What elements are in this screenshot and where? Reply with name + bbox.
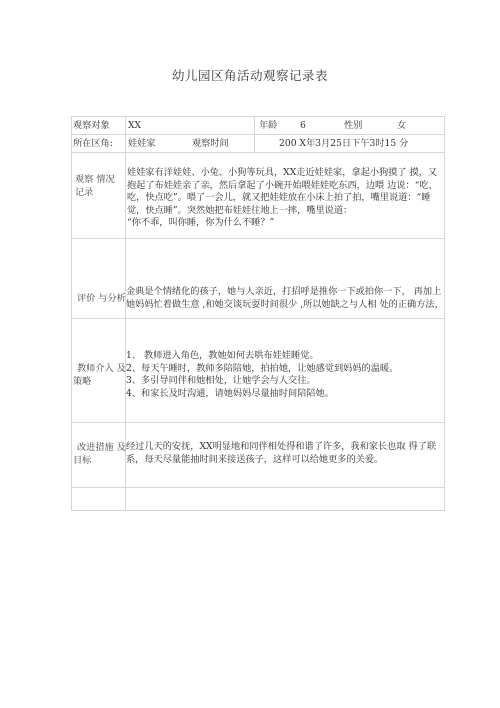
area-value: 娃娃家 (128, 138, 156, 151)
subject-value: XX (128, 120, 141, 133)
improvement-text: 经过几天的安抚，XX明显地和同伴相处得和谐了许多，我和家长也取 得了联 系，每天… (126, 441, 436, 466)
gender-value: 女 (397, 120, 406, 133)
row-divider (72, 238, 444, 239)
label-line: 记录 (75, 186, 115, 199)
column-divider (254, 117, 255, 152)
text-line: 她妈妈忙着做生意 ,和她交谈玩耍时间很少 ,所以她缺之与人相 处的正确方法， (126, 299, 444, 312)
evaluation-label: 评价 与分析 (77, 292, 126, 305)
text-line: 4、和家长及时沟通，请她妈妈尽量抽时间陪陪她。 (126, 388, 398, 401)
text-line: 2、每天午睡时，教师多陪陪她，拍拍她，让她感觉到妈妈的温暖。 (126, 363, 398, 376)
text-line: 吃，快点吃”。喂了一会儿，就又把娃娃放在小床上拍了拍，嘴里说道：“睡 (127, 192, 438, 205)
text-line: 系，每天尽量能抽时间来接送孩子，这样可以给她更多的关爱。 (126, 454, 436, 467)
intervention-label: 教师介入 及 策略 (77, 362, 126, 388)
evaluation-text: 金典是个情绪化的孩子，她与人亲近，打招呼是推你一下或拍你一下， 再加上 她妈妈忙… (126, 286, 444, 311)
row-divider (72, 422, 444, 423)
empty-content-cell (126, 487, 444, 511)
document-title: 幼儿园区角活动观察记录表 (0, 66, 500, 84)
time-value: 200 X年3月25日下午3时15 分 (279, 138, 408, 151)
improvement-label: 改进措施 及 目标 (77, 441, 126, 467)
text-line: 娃娃家有洋娃娃、小兔、小狗等玩具，XX走近娃娃家，拿起小狗摸了 摸，又 (127, 167, 438, 180)
intervention-text: 1、 教师进入角色，教她如何去哄布娃娃睡觉。 2、每天午睡时，教师多陪陪她，拍拍… (126, 350, 398, 400)
time-label: 观察时间 (192, 138, 229, 151)
observation-record-label: 观察 情况 记录 (75, 173, 115, 199)
area-label: 所在区角: (73, 138, 113, 151)
age-value: 6 (300, 120, 306, 133)
text-line: 金典是个情绪化的孩子，她与人亲近，打招呼是推你一下或拍你一下， 再加上 (126, 286, 444, 299)
subject-label: 观察对象 (73, 120, 110, 133)
label-line: 评价 与分析 (77, 292, 126, 305)
label-line: 改进措施 及 (77, 441, 126, 454)
label-line: 目标 (73, 454, 126, 467)
age-label: 年龄 (259, 120, 277, 133)
row-divider (72, 134, 444, 135)
text-line: 觉，快点睡”。突然她把布娃娃往地上一摔，嘴里说道： (127, 205, 438, 218)
label-line: 策略 (73, 375, 126, 388)
text-line: 经过几天的安抚，XX明显地和同伴相处得和谐了许多，我和家长也取 得了联 (126, 441, 436, 454)
observation-table: 观察对象 XX 年龄 6 性别 女 所在区角: 娃娃家 观察时间 200 X年3… (71, 116, 445, 511)
observation-record-text: 娃娃家有洋娃娃、小兔、小狗等玩具，XX走近娃娃家，拿起小狗摸了 摸，又 抱起了布… (127, 167, 438, 230)
label-line: 教师介入 及 (77, 362, 126, 375)
text-line: “你不乖，叫你睡，你为什么不睡？” (127, 217, 438, 230)
empty-label-cell (72, 487, 125, 511)
gender-label: 性别 (344, 120, 362, 133)
label-line: 观察 情况 (75, 173, 115, 186)
text-line: 抱起了布娃娃亲了亲，然后拿起了小碗开始喂娃娃吃东西，边喂 边说：“吃， (127, 180, 438, 193)
text-line: 3、多引导同伴和她相处，让她学会与人交往。 (126, 375, 398, 388)
row-divider (72, 152, 444, 153)
row-divider (72, 318, 444, 319)
text-line: 1、 教师进入角色，教她如何去哄布娃娃睡觉。 (126, 350, 398, 363)
